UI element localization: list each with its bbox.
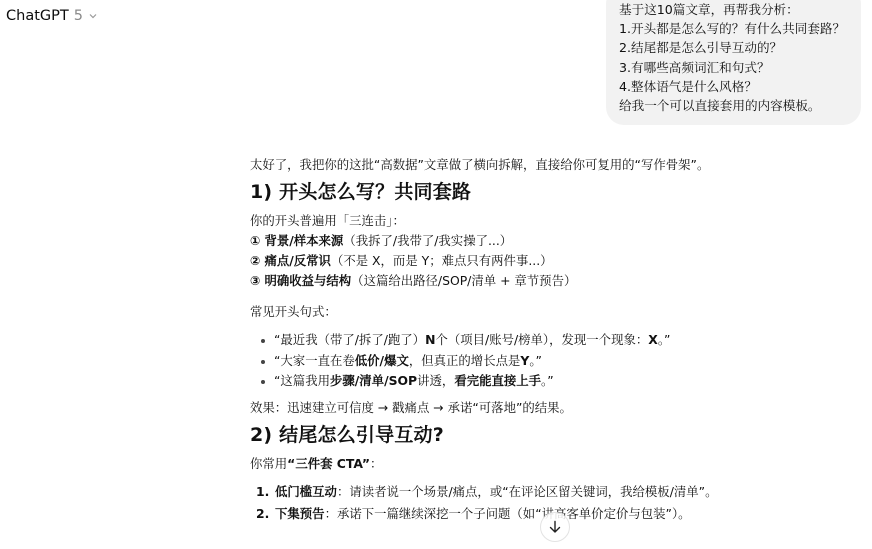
cta-list: 1. 低门槛互动：请读者说一个场景/痛点，或“在评论区留关键词，我给模板/清单”… xyxy=(256,481,810,525)
arrow-down-icon xyxy=(548,520,562,534)
assistant-message: 太好了，我把你的这批“高数据”文章做了横向拆解，直接给你可复用的“写作骨架”。 … xyxy=(250,155,810,525)
top-bar: ChatGPT 5 xyxy=(0,0,98,32)
user-message-line: 1.开头都是怎么写的？有什么共同套路？ xyxy=(619,19,847,38)
user-message-line: 基于这10篇文章，再帮我分析： xyxy=(619,0,847,19)
user-message-line: 3.有哪些高频词汇和句式？ xyxy=(619,58,847,77)
ending-lead: 你常用“三件套 CTA”： xyxy=(250,454,810,474)
user-message-line: 2.结尾都是怎么引导互动的？ xyxy=(619,38,847,57)
user-message-line: 给我一个可以直接套用的内容模板。 xyxy=(619,96,847,115)
opening-lead: 你的开头普遍用「三连击」： xyxy=(250,211,810,231)
opening-patterns-list: “最近我（带了/拆了/跑了）N个（项目/账号/榜单），发现一个现象：X。” “大… xyxy=(258,330,810,392)
user-message-bubble: 基于这10篇文章，再帮我分析： 1.开头都是怎么写的？有什么共同套路？ 2.结尾… xyxy=(606,0,861,125)
opening-point: ③ 明确收益与结构（这篇给出路径/SOP/清单 + 章节预告） xyxy=(250,271,810,291)
section-heading-ending: 2) 结尾怎么引导互动? xyxy=(250,422,810,448)
scroll-to-bottom-button[interactable] xyxy=(540,512,570,542)
point-title: 痛点/反常识 xyxy=(264,253,330,268)
point-title: 背景/样本来源 xyxy=(264,233,343,248)
point-marker: ② xyxy=(250,253,261,268)
user-message-line: 4.整体语气是什么风格？ xyxy=(619,77,847,96)
list-item: “大家一直在卷低价/爆文，但真正的增长点是Y。” xyxy=(258,351,810,372)
point-detail: （我拆了/我带了/我实操了...） xyxy=(343,233,512,248)
list-item: 1. 低门槛互动：请读者说一个场景/痛点，或“在评论区留关键词，我给模板/清单”… xyxy=(256,481,810,503)
opening-effect: 效果：迅速建立可信度 → 戳痛点 → 承诺“可落地”的结果。 xyxy=(250,398,810,418)
list-item: “这篇我用步骤/清单/SOP讲透，看完能直接上手。” xyxy=(258,371,810,392)
point-detail: （这篇给出路径/SOP/清单 + 章节预告） xyxy=(351,273,576,288)
model-version: 5 xyxy=(74,8,83,24)
list-item: 2. 下集预告：承诺下一篇继续深挖一个子问题（如“讲高客单价定价与包装”）。 xyxy=(256,503,810,525)
opening-point: ① 背景/样本来源（我拆了/我带了/我实操了...） xyxy=(250,231,810,251)
point-marker: ③ xyxy=(250,273,261,288)
point-marker: ① xyxy=(250,233,261,248)
assistant-intro: 太好了，我把你的这批“高数据”文章做了横向拆解，直接给你可复用的“写作骨架”。 xyxy=(250,155,810,175)
model-switcher[interactable]: ChatGPT 5 xyxy=(6,8,98,24)
section-heading-opening: 1) 开头怎么写？共同套路 xyxy=(250,179,810,205)
model-name: ChatGPT xyxy=(6,8,69,24)
list-item: “最近我（带了/拆了/跑了）N个（项目/账号/榜单），发现一个现象：X。” xyxy=(258,330,810,351)
chevron-down-icon xyxy=(88,11,98,21)
point-detail: （不是 X，而是 Y；难点只有两件事...） xyxy=(331,253,553,268)
opening-point: ② 痛点/反常识（不是 X，而是 Y；难点只有两件事...） xyxy=(250,251,810,271)
point-title: 明确收益与结构 xyxy=(264,273,351,288)
patterns-label: 常见开头句式： xyxy=(250,302,810,322)
